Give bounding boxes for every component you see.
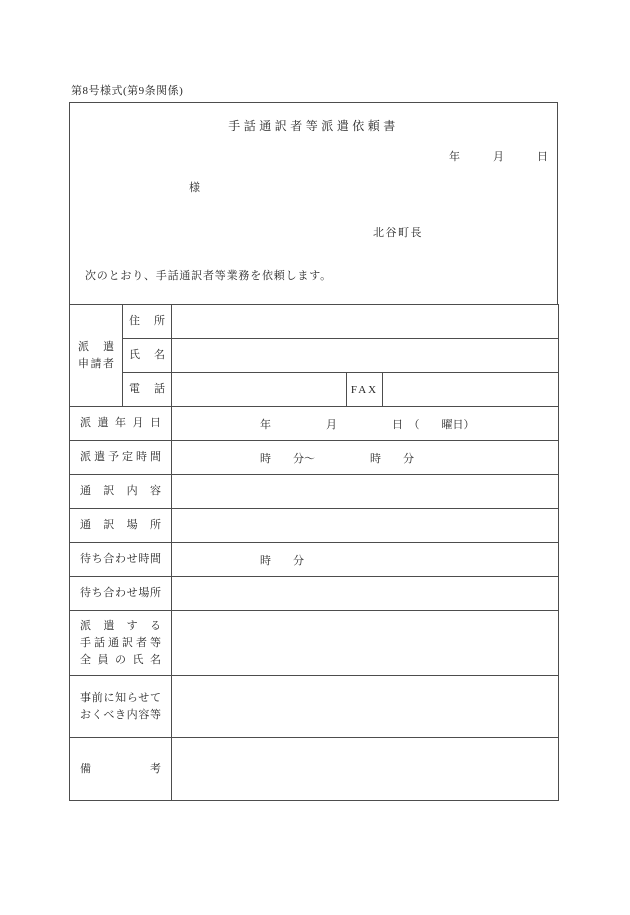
row-label-advance-notice: 事前に知らせて おくべき内容等 bbox=[70, 676, 172, 738]
sender-title: 北谷町長 bbox=[373, 224, 423, 240]
form-outer-box: 手話通訳者等派遣依頼書 年 月 日 様 北谷町長 次のとおり、手話通訳者等業務を… bbox=[69, 102, 558, 801]
request-form-table: 派遣 申請者 住所 氏名 電話 FAX 派遣年月日 年 月 日 （ bbox=[69, 304, 559, 801]
table-row: 通訳内容 bbox=[70, 475, 559, 509]
table-row: 派遣年月日 年 月 日 （ 曜日） bbox=[70, 407, 559, 441]
row-label-interpretation-content: 通訳内容 bbox=[70, 475, 172, 509]
row-label-scheduled-time: 派遣予定時間 bbox=[70, 441, 172, 475]
table-row: 待ち合わせ時間 時 分 bbox=[70, 543, 559, 577]
table-row: 通訳場所 bbox=[70, 509, 559, 543]
meeting-time-value-cell: 時 分 bbox=[172, 543, 559, 577]
row-label-interpreter-names: 派遣する 手話通訳者等 全員の氏名 bbox=[70, 611, 172, 676]
name-value-cell bbox=[172, 339, 559, 373]
interpretation-place-value-cell bbox=[172, 509, 559, 543]
document-title: 手話通訳者等派遣依頼書 bbox=[70, 117, 557, 134]
row-label-meeting-place: 待ち合わせ場所 bbox=[70, 577, 172, 611]
meeting-place-value-cell bbox=[172, 577, 559, 611]
scheduled-time-value-cell: 時 分～ 時 分 bbox=[172, 441, 559, 475]
interpretation-content-value-cell bbox=[172, 475, 559, 509]
dispatch-date-value-cell: 年 月 日 （ 曜日） bbox=[172, 407, 559, 441]
row-label-phone: 電話 bbox=[123, 373, 172, 407]
table-row: 備考 bbox=[70, 738, 559, 801]
table-row: 派遣 申請者 住所 bbox=[70, 305, 559, 339]
form-document-page: 第8号様式(第9条関係) 手話通訳者等派遣依頼書 年 月 日 様 北谷町長 次の… bbox=[0, 0, 630, 915]
table-row: 派遣予定時間 時 分～ 時 分 bbox=[70, 441, 559, 475]
table-row: 待ち合わせ場所 bbox=[70, 577, 559, 611]
row-label-interpretation-place: 通訳場所 bbox=[70, 509, 172, 543]
row-label-applicant: 派遣 申請者 bbox=[70, 305, 123, 407]
row-label-address: 住所 bbox=[123, 305, 172, 339]
table-row: 氏名 bbox=[70, 339, 559, 373]
form-number: 第8号様式(第9条関係) bbox=[71, 82, 183, 98]
form-header-area: 手話通訳者等派遣依頼書 年 月 日 様 北谷町長 次のとおり、手話通訳者等業務を… bbox=[69, 102, 558, 304]
addressee-suffix: 様 bbox=[189, 179, 200, 195]
address-value-cell bbox=[172, 305, 559, 339]
table-row: 電話 FAX bbox=[70, 373, 559, 407]
fax-value-cell bbox=[383, 373, 559, 407]
advance-notice-value-cell bbox=[172, 676, 559, 738]
interpreter-names-value-cell bbox=[172, 611, 559, 676]
row-label-dispatch-date: 派遣年月日 bbox=[70, 407, 172, 441]
fax-label-cell: FAX bbox=[347, 373, 383, 407]
phone-value-cell bbox=[172, 373, 347, 407]
table-row: 派遣する 手話通訳者等 全員の氏名 bbox=[70, 611, 559, 676]
table-row: 事前に知らせて おくべき内容等 bbox=[70, 676, 559, 738]
row-label-remarks: 備考 bbox=[70, 738, 172, 801]
date-line: 年 月 日 bbox=[449, 148, 548, 164]
row-label-name: 氏名 bbox=[123, 339, 172, 373]
intro-sentence: 次のとおり、手話通訳者等業務を依頼します。 bbox=[85, 267, 332, 283]
remarks-value-cell bbox=[172, 738, 559, 801]
row-label-meeting-time: 待ち合わせ時間 bbox=[70, 543, 172, 577]
